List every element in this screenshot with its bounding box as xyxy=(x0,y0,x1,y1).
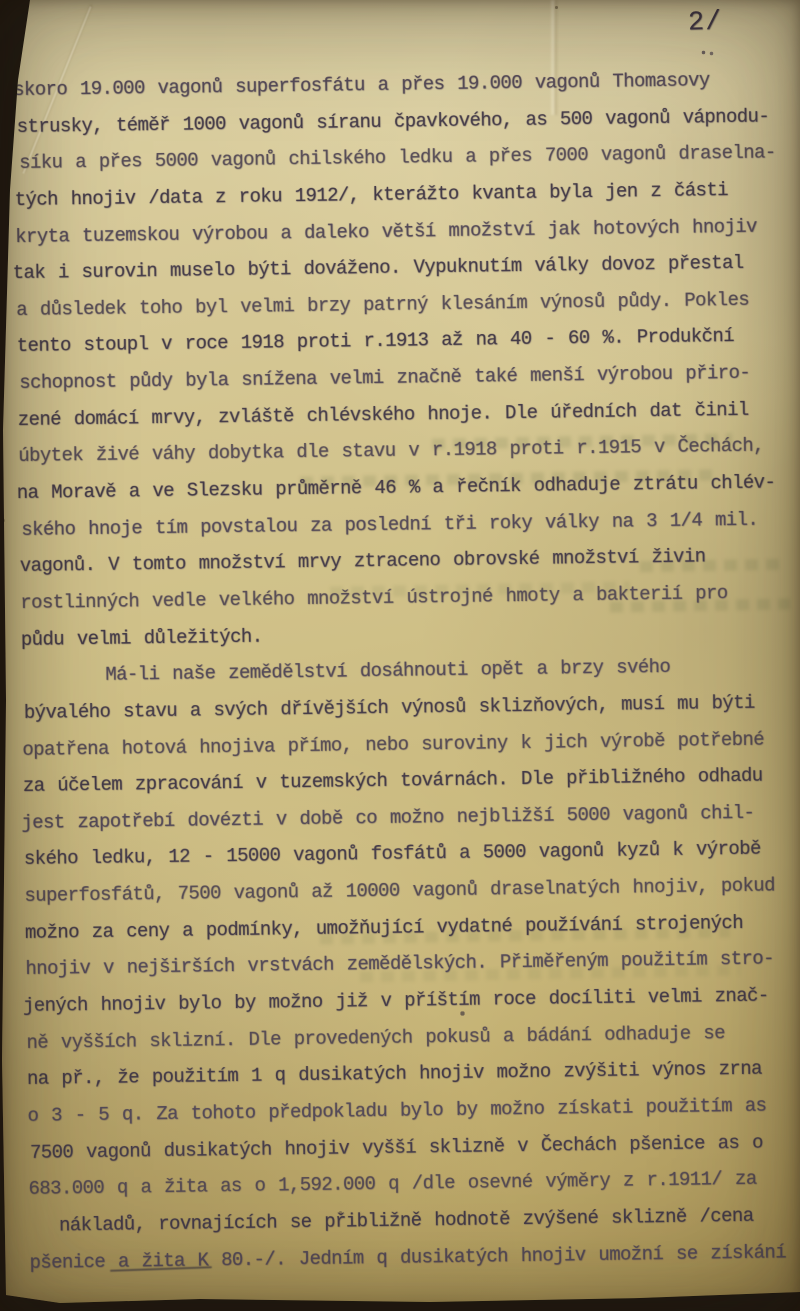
typewritten-text: skoro 19.000 vagonů superfosfátu a přes … xyxy=(13,61,800,1281)
paragraph-1: skoro 19.000 vagonů superfosfátu a přes … xyxy=(13,61,793,658)
paper-sheet: 2/ skoro 19.000 vagonů superfosfátu a př… xyxy=(0,0,800,1311)
document-photo: 2/ skoro 19.000 vagonů superfosfátu a př… xyxy=(0,0,800,1311)
page-number: 2/ xyxy=(687,7,722,38)
paragraph-2: Má-li naše zemědělství dosáhnouti opět a… xyxy=(21,647,800,1281)
ink-specks xyxy=(0,0,1,1)
